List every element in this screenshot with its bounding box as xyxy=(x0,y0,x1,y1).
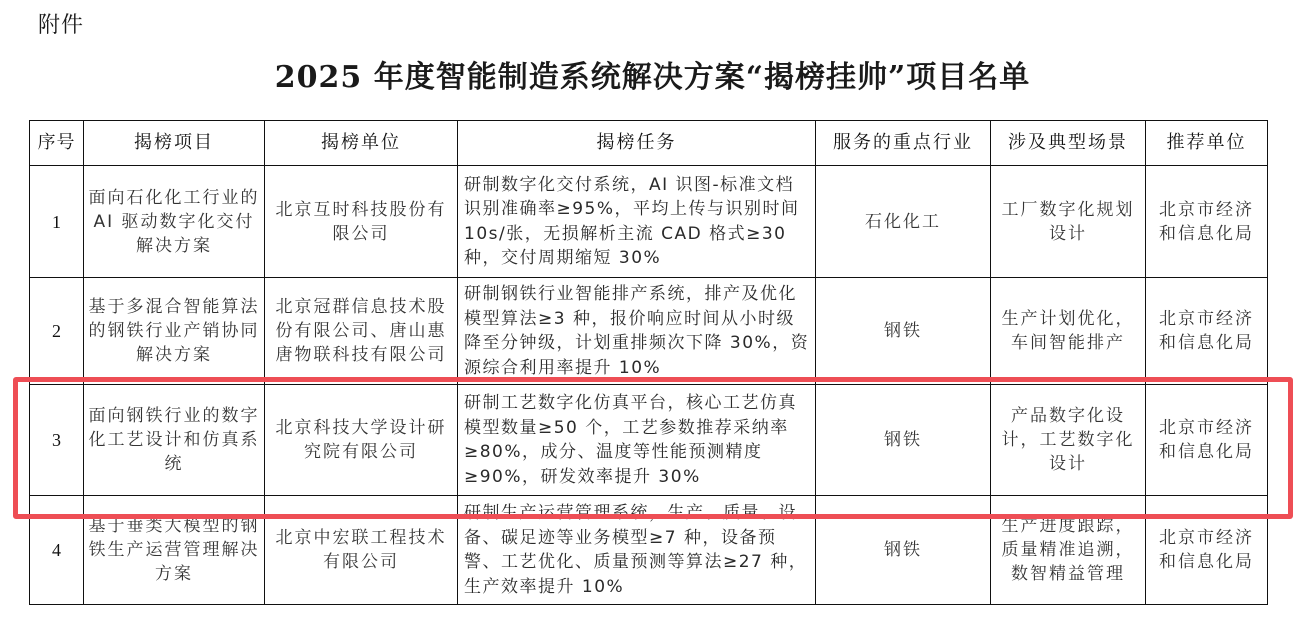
cell-index: 4 xyxy=(30,496,84,605)
cell-unit: 北京冠群信息技术股份有限公司、唐山惠唐物联科技有限公司 xyxy=(265,278,458,385)
header-industry: 服务的重点行业 xyxy=(816,121,991,166)
cell-task: 研制钢铁行业智能排产系统，排产及优化模型算法≥3 种，报价响应时间从小时级降至分… xyxy=(458,278,816,385)
table-header-row: 序号 揭榜项目 揭榜单位 揭榜任务 服务的重点行业 涉及典型场景 推荐单位 xyxy=(30,121,1268,166)
cell-industry: 石化化工 xyxy=(816,166,991,278)
attachment-label: 附件 xyxy=(38,8,84,39)
cell-task: 研制数字化交付系统，AI 识图-标准文档识别准确率≥95%，平均上传与识别时间 … xyxy=(458,166,816,278)
cell-index: 1 xyxy=(30,166,84,278)
cell-unit-text: 北京冠群信息技术股份有限公司、唐山惠唐物联科技有限公司 xyxy=(269,295,453,367)
project-list-table: 序号 揭榜项目 揭榜单位 揭榜任务 服务的重点行业 涉及典型场景 推荐单位 1 … xyxy=(29,120,1268,605)
cell-task: 研制工艺数字化仿真平台，核心工艺仿真模型数量≥50 个，工艺参数推荐采纳率≥80… xyxy=(458,385,816,496)
cell-industry: 钢铁 xyxy=(816,278,991,385)
cell-index: 2 xyxy=(30,278,84,385)
cell-recommender: 北京市经济和信息化局 xyxy=(1146,496,1268,605)
header-task: 揭榜任务 xyxy=(458,121,816,166)
document-title: 2025 年度智能制造系统解决方案“揭榜挂帅”项目名单 xyxy=(0,52,1295,96)
cell-recommender: 北京市经济和信息化局 xyxy=(1146,385,1268,496)
cell-unit: 北京互时科技股份有限公司 xyxy=(265,166,458,278)
cell-unit: 北京中宏联工程技术有限公司 xyxy=(265,496,458,605)
cell-industry: 钢铁 xyxy=(816,385,991,496)
cell-project: 基于垂类大模型的钢铁生产运营管理解决方案 xyxy=(84,496,265,605)
cell-task: 研制生产运营管理系统，生产、质量、设备、碳足迹等业务模型≥7 种，设备预警、工艺… xyxy=(458,496,816,605)
cell-recommender: 北京市经济和信息化局 xyxy=(1146,278,1268,385)
table-row: 2 基于多混合智能算法的钢铁行业产销协同解决方案 北京冠群信息技术股份有限公司、… xyxy=(30,278,1268,385)
table-row: 4 基于垂类大模型的钢铁生产运营管理解决方案 北京中宏联工程技术有限公司 研制生… xyxy=(30,496,1268,605)
header-scenario: 涉及典型场景 xyxy=(991,121,1146,166)
cell-index: 3 xyxy=(30,385,84,496)
cell-scenario: 工厂数字化规划设计 xyxy=(991,166,1146,278)
cell-scenario: 生产计划优化，车间智能排产 xyxy=(991,278,1146,385)
cell-industry: 钢铁 xyxy=(816,496,991,605)
cell-task-text: 研制钢铁行业智能排产系统，排产及优化模型算法≥3 种，报价响应时间从小时级降至分… xyxy=(464,282,811,380)
header-recommender: 推荐单位 xyxy=(1146,121,1268,166)
cell-scenario: 生产进度跟踪，质量精准追溯，数智精益管理 xyxy=(991,496,1146,605)
header-unit: 揭榜单位 xyxy=(265,121,458,166)
header-project: 揭榜项目 xyxy=(84,121,265,166)
table-row: 1 面向石化化工行业的 AI 驱动数字化交付解决方案 北京互时科技股份有限公司 … xyxy=(30,166,1268,278)
cell-project: 面向钢铁行业的数字化工艺设计和仿真系统 xyxy=(84,385,265,496)
cell-project: 基于多混合智能算法的钢铁行业产销协同解决方案 xyxy=(84,278,265,385)
cell-unit: 北京科技大学设计研究院有限公司 xyxy=(265,385,458,496)
cell-scenario: 产品数字化设计，工艺数字化设计 xyxy=(991,385,1146,496)
cell-project: 面向石化化工行业的 AI 驱动数字化交付解决方案 xyxy=(84,166,265,278)
header-index: 序号 xyxy=(30,121,84,166)
table-row-highlighted: 3 面向钢铁行业的数字化工艺设计和仿真系统 北京科技大学设计研究院有限公司 研制… xyxy=(30,385,1268,496)
cell-recommender: 北京市经济和信息化局 xyxy=(1146,166,1268,278)
